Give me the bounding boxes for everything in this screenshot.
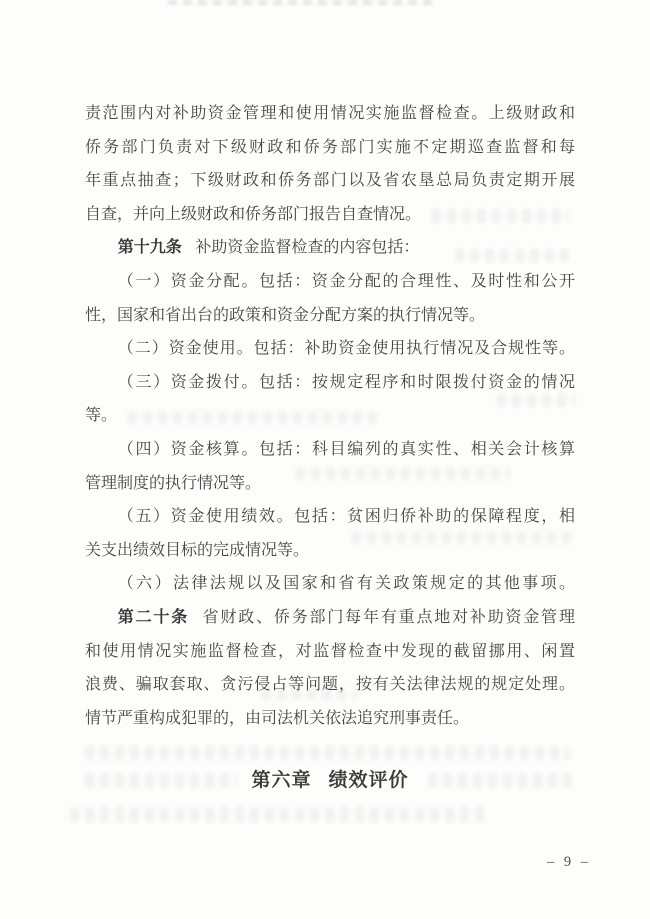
body-line: 等。 — [85, 399, 575, 433]
body-line: 关支出绩效目标的完成情况等。 — [85, 534, 575, 568]
page-number: – 9 – — [538, 854, 600, 871]
line-text: 浪费、骗取套取、贪污侵占等问题，按有关法律法规的规定处理。 — [85, 676, 575, 693]
document-body: 责范围内对补助资金管理和使用情况实施监督检查。上级财政和 侨务部门负责对下级财政… — [85, 97, 575, 798]
line-text: 自查，并向上级财政和侨务部门报告自查情况。 — [85, 206, 421, 223]
body-line-item-5: （五）资金使用绩效。包括：贫困归侨补助的保障程度，相 — [85, 500, 575, 534]
line-text: 省财政、侨务部门每年有重点地对补助资金管理 — [203, 609, 575, 626]
line-text: 等。 — [85, 407, 117, 424]
body-line-article-19: 第十九条补助资金监督检查的内容包括： — [85, 231, 575, 265]
line-text: （六）法律法规以及国家和省有关政策规定的其他事项。 — [118, 575, 575, 592]
line-text: 关支出绩效目标的完成情况等。 — [85, 542, 309, 559]
body-line: 管理制度的执行情况等。 — [85, 467, 575, 501]
line-text: （四）资金核算。包括：科目编列的真实性、相关会计核算 — [118, 441, 575, 458]
body-line-item-2: （二）资金使用。包括：补助资金使用执行情况及合规性等。 — [85, 332, 575, 366]
line-text: 管理制度的执行情况等。 — [85, 475, 261, 492]
body-line-item-3: （三）资金拨付。包括：按规定程序和时限拨付资金的情况 — [85, 366, 575, 400]
body-line: 自查，并向上级财政和侨务部门报告自查情况。 — [85, 198, 575, 232]
document-page: 责范围内对补助资金管理和使用情况实施监督检查。上级财政和 侨务部门负责对下级财政… — [0, 0, 650, 919]
body-line-item-4: （四）资金核算。包括：科目编列的真实性、相关会计核算 — [85, 433, 575, 467]
chapter-number: 第六章 — [251, 770, 311, 791]
chapter-title: 绩效评价 — [329, 770, 409, 791]
line-text: 性，国家和省出台的政策和资金分配方案的执行情况等。 — [85, 307, 485, 324]
body-line: 和使用情况实施监督检查，对监督检查中发现的截留挪用、闲置 — [85, 635, 575, 669]
line-text: 年重点抽查；下级财政和侨务部门以及省农垦总局负责定期开展 — [85, 172, 575, 189]
body-line: 浪费、骗取套取、贪污侵占等问题，按有关法律法规的规定处理。 — [85, 668, 575, 702]
line-text: 补助资金监督检查的内容包括： — [195, 239, 419, 256]
body-line-item-6: （六）法律法规以及国家和省有关政策规定的其他事项。 — [85, 567, 575, 601]
line-text: 责范围内对补助资金管理和使用情况实施监督检查。上级财政和 — [85, 105, 575, 122]
line-text: 和使用情况实施监督检查，对监督检查中发现的截留挪用、闲置 — [85, 643, 575, 660]
body-line: 侨务部门负责对下级财政和侨务部门实施不定期巡查监督和每 — [85, 131, 575, 165]
line-text: （二）资金使用。包括：补助资金使用执行情况及合规性等。 — [118, 340, 575, 357]
article-20-number: 第二十条 — [118, 609, 189, 626]
article-19-number: 第十九条 — [118, 239, 182, 256]
line-text: （三）资金拨付。包括：按规定程序和时限拨付资金的情况 — [118, 374, 575, 391]
line-text: 情节严重构成犯罪的，由司法机关依法追究刑事责任。 — [85, 710, 469, 727]
scan-artifact — [70, 807, 490, 822]
body-line: 责范围内对补助资金管理和使用情况实施监督检查。上级财政和 — [85, 97, 575, 131]
body-line-article-20: 第二十条省财政、侨务部门每年有重点地对补助资金管理 — [85, 601, 575, 635]
body-line: 年重点抽查；下级财政和侨务部门以及省农垦总局负责定期开展 — [85, 164, 575, 198]
body-line-item-1: （一）资金分配。包括：资金分配的合理性、及时性和公开 — [85, 265, 575, 299]
scan-artifact — [168, 0, 433, 5]
line-text: 侨务部门负责对下级财政和侨务部门实施不定期巡查监督和每 — [85, 139, 575, 156]
line-text: （一）资金分配。包括：资金分配的合理性、及时性和公开 — [118, 273, 575, 290]
chapter-heading: 第六章绩效评价 — [85, 764, 575, 798]
body-line: 性，国家和省出台的政策和资金分配方案的执行情况等。 — [85, 299, 575, 333]
line-text: （五）资金使用绩效。包括：贫困归侨补助的保障程度，相 — [118, 508, 575, 525]
body-line: 情节严重构成犯罪的，由司法机关依法追究刑事责任。 — [85, 702, 575, 736]
